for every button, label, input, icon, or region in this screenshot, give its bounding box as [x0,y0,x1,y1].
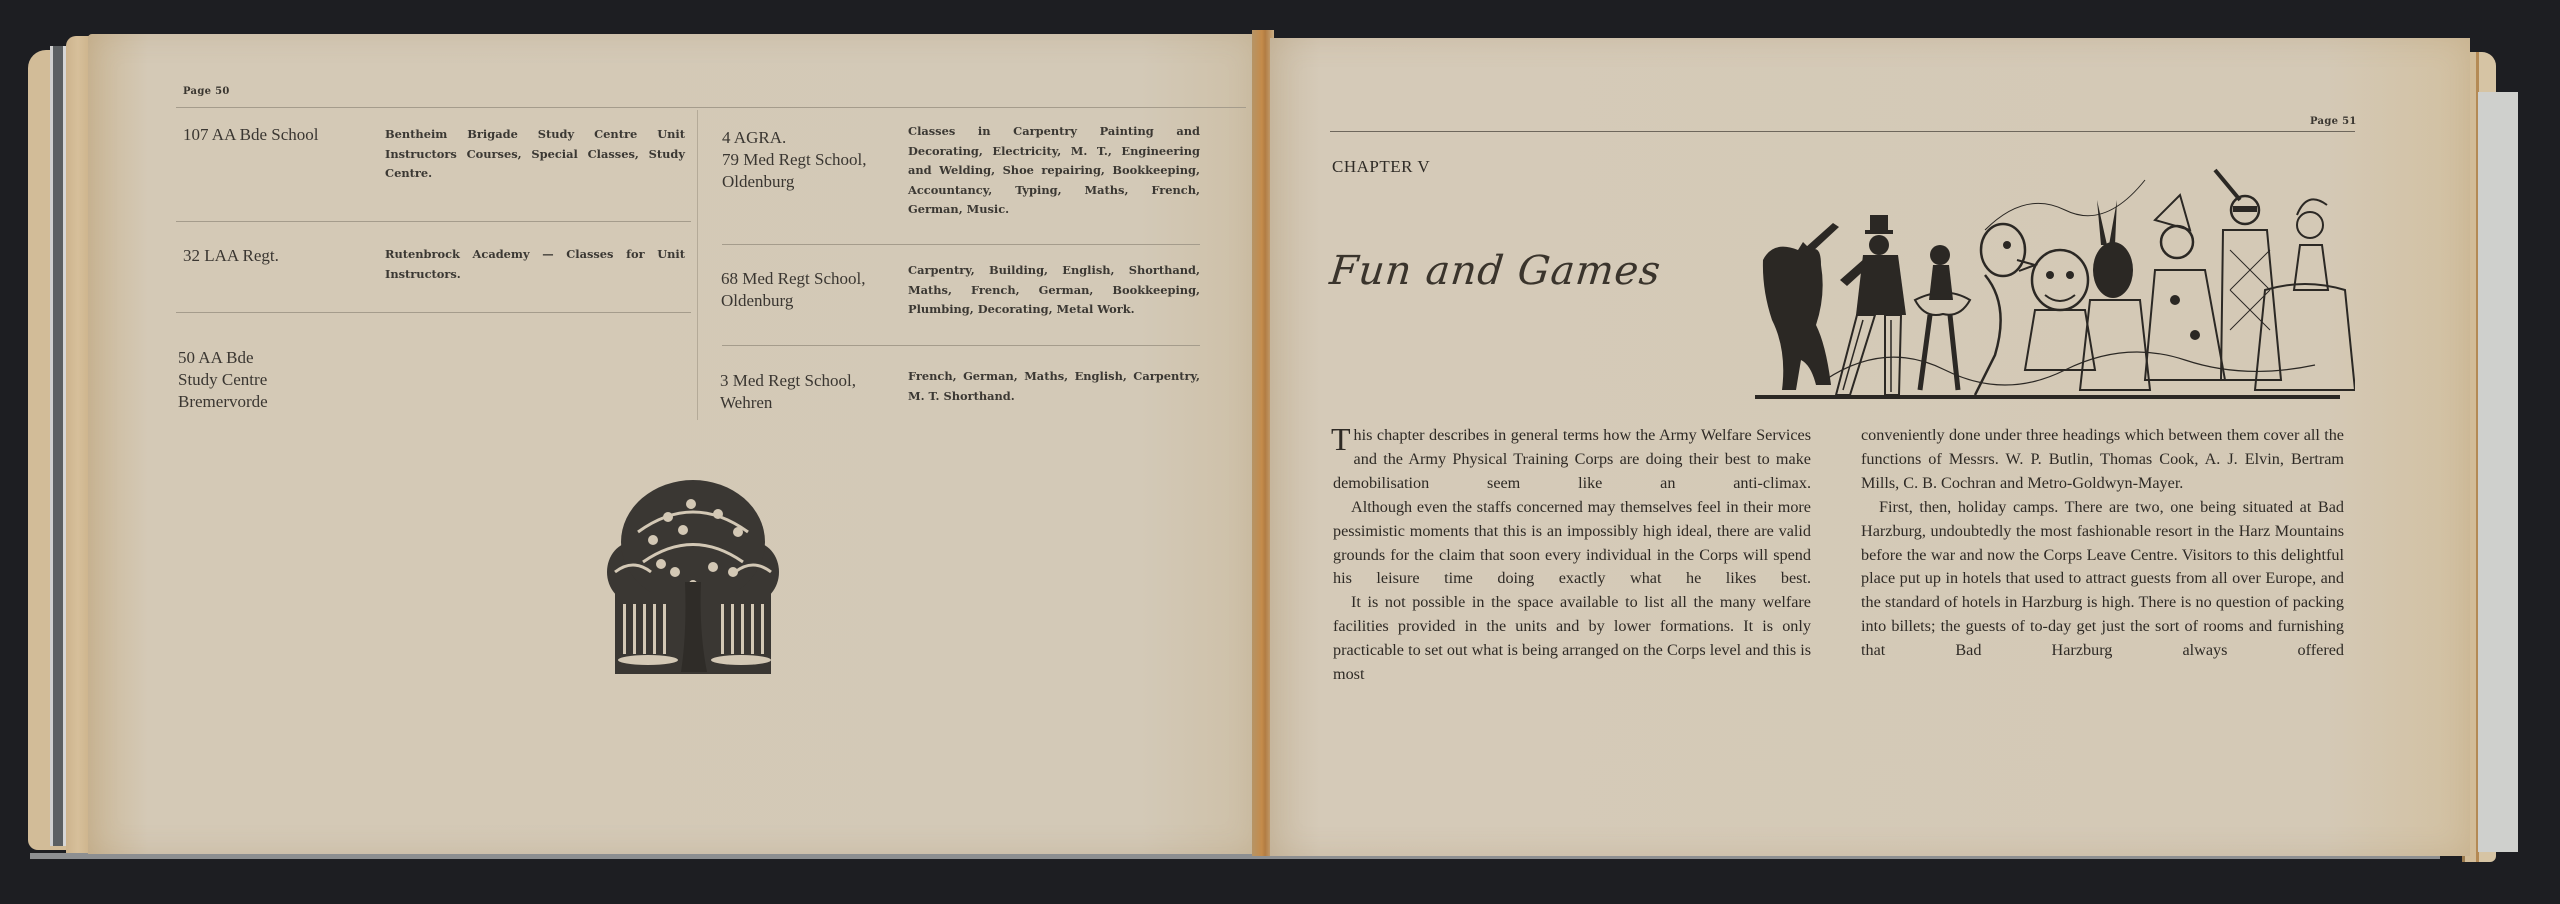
unit-name: 68 Med Regt School, Oldenburg [721,268,866,312]
paragraph: conveniently done under three headings w… [1861,424,2344,496]
unit-description: Rutenbrock Academy — Classes for Unit In… [385,245,685,284]
unit-description: Classes in Carpentry Painting and Decora… [908,122,1200,220]
row-divider [722,345,1200,346]
page-number-right: Page 51 [2310,116,2357,127]
tree-woodcut-illustration [603,472,783,682]
paragraph: First, then, holiday camps. There are tw… [1861,496,2344,663]
chapter-number: CHAPTER V [1332,157,1430,177]
unit-description: French, German, Maths, English, Carpentr… [908,367,1200,406]
open-book: Page 50 107 AA Bde School Bentheim Briga… [0,0,2560,904]
paragraph: It is not possible in the space availabl… [1333,591,1811,687]
body-text-column-2: conveniently done under three headings w… [1861,424,2344,663]
unit-name: 50 AA Bde Study Centre Bremervorde [178,347,268,413]
body-text-column-1: This chapter describes in general terms … [1333,424,1811,687]
column-divider [697,110,698,420]
unit-description: Bentheim Brigade Study Centre Unit Instr… [385,125,685,184]
paragraph: Although even the staffs concerned may t… [1333,496,1811,592]
carnival-parade-illustration [1745,130,2355,405]
paper-slip [2478,92,2518,852]
unit-name: 3 Med Regt School, Wehren [720,370,856,414]
unit-name: 32 LAA Regt. [183,245,279,267]
drop-cap: T [1331,426,1351,452]
row-divider [722,244,1200,245]
unit-name: 107 AA Bde School [183,124,319,146]
row-divider [176,221,691,222]
chapter-title: Fun and Games [1328,248,1664,294]
unit-name: 4 AGRA. 79 Med Regt School, Oldenburg [722,127,867,193]
header-rule [176,107,1246,108]
page-number-left: Page 50 [183,86,230,97]
row-divider [176,312,691,313]
paragraph: This chapter describes in general terms … [1333,424,1811,496]
unit-description: Carpentry, Building, English, Shorthand,… [908,261,1200,320]
